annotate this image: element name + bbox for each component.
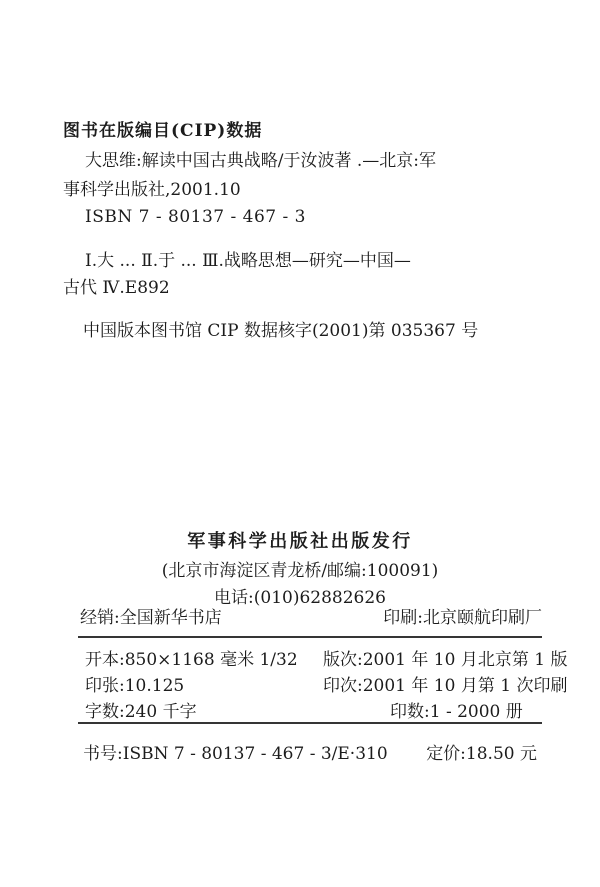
spec-edition: 版次:2001 年 10 月北京第 1 版 <box>323 650 567 670</box>
publisher-phone: 电话:(010)62882626 <box>0 588 600 608</box>
cip-classification-line-1: Ⅰ.大 ... Ⅱ.于 ... Ⅲ.战略思想—研究—中国— <box>85 251 411 271</box>
cip-title-line-1: 大思维:解读中国古典战略/于汝波著 .—北京:军 <box>85 151 436 171</box>
publisher-address: (北京市海淀区青龙桥/邮编:100091) <box>0 561 600 581</box>
spec-impression: 印次:2001 年 10 月第 1 次印刷 <box>323 676 567 696</box>
spec-sheets: 印张:10.125 <box>85 676 184 696</box>
copyright-page: 图书在版编目(CIP)数据 大思维:解读中国古典战略/于汝波著 .—北京:军 事… <box>0 0 600 887</box>
cip-registry-number: 中国版本图书馆 CIP 数据核字(2001)第 035367 号 <box>83 321 478 341</box>
cip-isbn: ISBN 7 - 80137 - 467 - 3 <box>85 207 306 227</box>
cip-classification-line-2: 古代 Ⅳ.E892 <box>63 278 170 298</box>
horizontal-rule-top <box>78 636 542 638</box>
horizontal-rule-bottom <box>78 722 542 724</box>
spec-format: 开本:850×1168 毫米 1/32 <box>85 650 298 670</box>
publisher-name: 军事科学出版社出版发行 <box>0 531 600 553</box>
distributor: 经销:全国新华书店 <box>80 608 222 628</box>
printer: 印刷:北京颐航印刷厂 <box>383 608 542 628</box>
book-number: 书号:ISBN 7 - 80137 - 467 - 3/E·310 <box>83 744 388 764</box>
spec-word-count: 字数:240 千字 <box>85 702 197 722</box>
cip-title-line-2: 事科学出版社,2001.10 <box>63 180 241 200</box>
price: 定价:18.50 元 <box>426 744 537 764</box>
distribution-row: 经销:全国新华书店 印刷:北京颐航印刷厂 <box>80 608 542 628</box>
cip-heading: 图书在版编目(CIP)数据 <box>63 121 262 141</box>
spec-print-run: 印数:1 - 2000 册 <box>390 702 523 722</box>
